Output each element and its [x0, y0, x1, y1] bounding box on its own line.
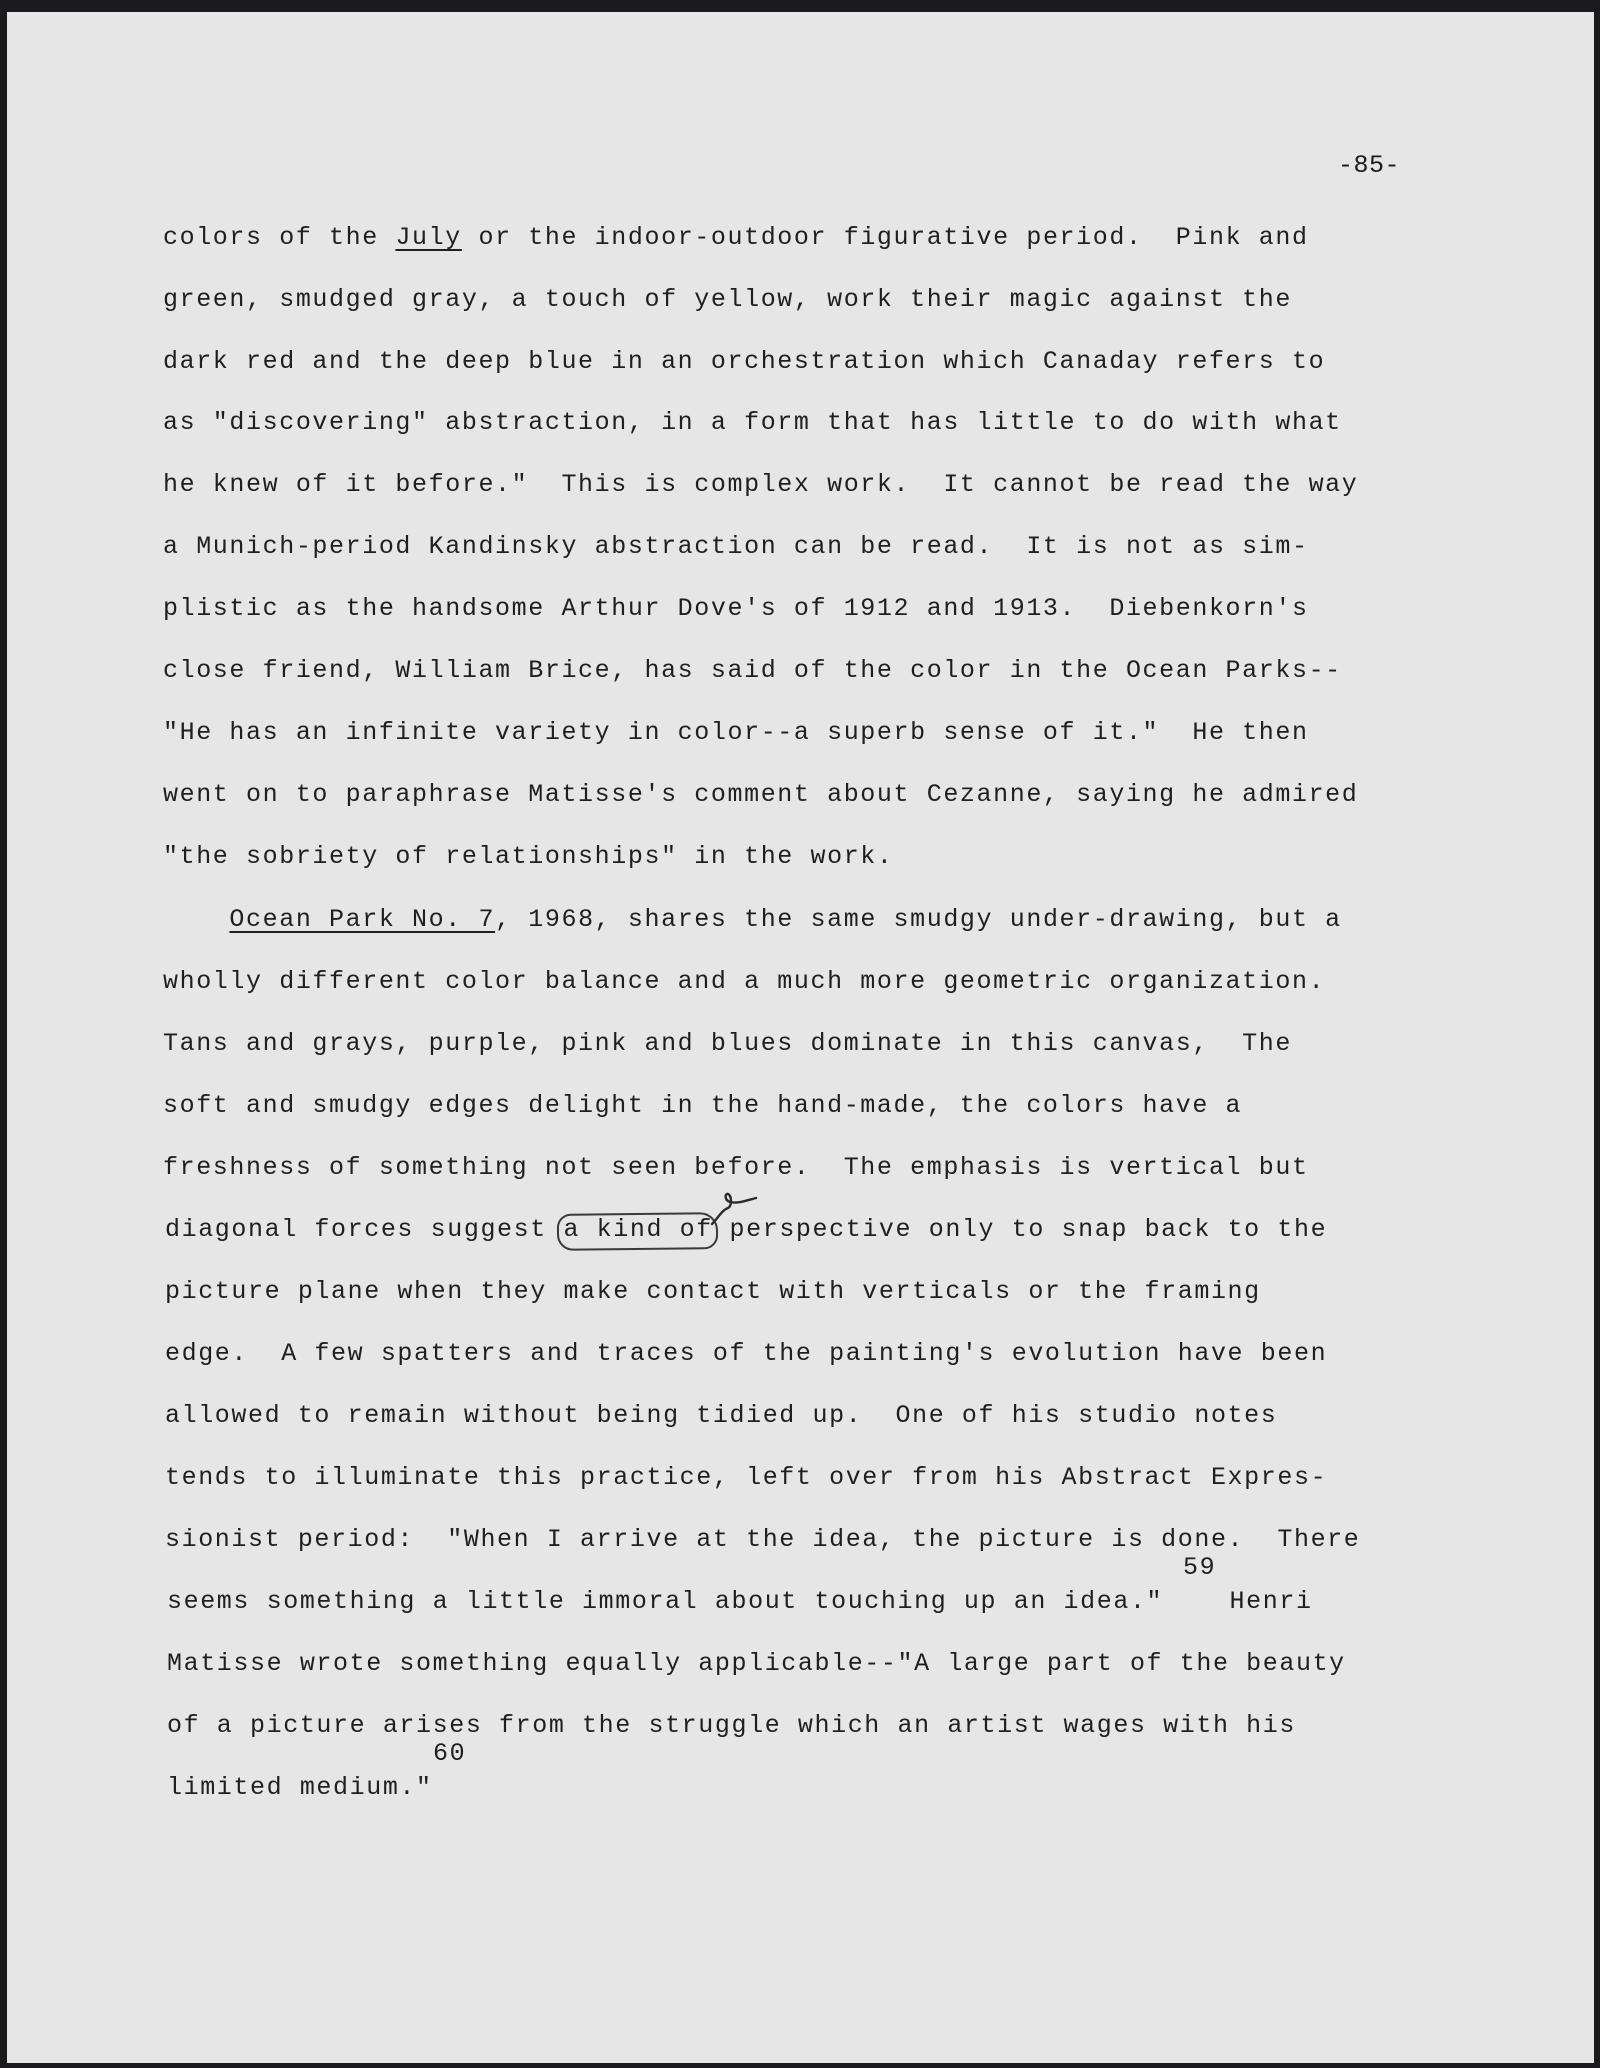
text-segment: limited medium.": [167, 1773, 433, 1802]
text-line: colors of the July or the indoor-outdoor…: [163, 223, 1309, 253]
text-segment: went on to paraphrase Matisse's comment …: [163, 780, 1358, 809]
text-segment: close friend, William Brice, has said of…: [163, 656, 1342, 685]
text-line: edge. A few spatters and traces of the p…: [165, 1339, 1327, 1369]
text-segment: allowed to remain without being tidied u…: [165, 1401, 1277, 1430]
text-segment: sionist period: "When I arrive at the id…: [165, 1525, 1360, 1554]
text-line: allowed to remain without being tidied u…: [165, 1401, 1277, 1431]
text-segment: edge. A few spatters and traces of the p…: [165, 1339, 1327, 1368]
text-line: Matisse wrote something equally applicab…: [167, 1649, 1346, 1679]
text-line: freshness of something not seen before. …: [163, 1153, 1309, 1183]
text-segment: green, smudged gray, a touch of yellow, …: [163, 285, 1292, 314]
text-line: green, smudged gray, a touch of yellow, …: [163, 285, 1292, 315]
text-line: plistic as the handsome Arthur Dove's of…: [163, 594, 1309, 624]
text-segment: picture plane when they make contact wit…: [165, 1277, 1261, 1306]
text-segment: seems something a little immoral about t…: [167, 1587, 1313, 1616]
footnote-ref-59: 59: [1183, 1553, 1216, 1582]
text-line: soft and smudgy edges delight in the han…: [163, 1091, 1242, 1121]
text-segment: soft and smudgy edges delight in the han…: [163, 1091, 1242, 1120]
text-line: as "discovering" abstraction, in a form …: [163, 408, 1342, 438]
text-line: of a picture arises from the struggle wh…: [167, 1711, 1296, 1741]
text-segment: Matisse wrote something equally applicab…: [167, 1649, 1346, 1678]
page-number: -85-: [1338, 151, 1400, 180]
text-line: Tans and grays, purple, pink and blues d…: [163, 1029, 1292, 1059]
text-segment: of a picture arises from the struggle wh…: [167, 1711, 1296, 1740]
text-line: dark red and the deep blue in an orchest…: [163, 347, 1325, 377]
text-segment: "the sobriety of relationships" in the w…: [163, 842, 894, 871]
text-line: Ocean Park No. 7, 1968, shares the same …: [163, 905, 1342, 935]
text-segment: or the indoor-outdoor figurative period.…: [462, 223, 1309, 252]
footnote-ref-60: 60: [433, 1739, 466, 1768]
underlined-title: July: [395, 223, 461, 252]
text-line: "He has an infinite variety in color--a …: [163, 718, 1309, 748]
text-line: a Munich-period Kandinsky abstraction ca…: [163, 532, 1309, 562]
text-segment: perspective only to snap back to the: [713, 1215, 1327, 1244]
text-line: went on to paraphrase Matisse's comment …: [163, 780, 1358, 810]
document-page: -85- colors of the July or the indoor-ou…: [7, 12, 1594, 2063]
text-line: "the sobriety of relationships" in the w…: [163, 842, 894, 872]
text-segment: [163, 905, 229, 934]
text-segment: plistic as the handsome Arthur Dove's of…: [163, 594, 1309, 623]
text-line: wholly different color balance and a muc…: [163, 967, 1325, 997]
underlined-title: Ocean Park No. 7: [229, 905, 495, 934]
text-line: picture plane when they make contact wit…: [165, 1277, 1261, 1307]
circled-phrase: a kind of: [563, 1215, 712, 1244]
text-line: limited medium.": [167, 1773, 433, 1803]
text-segment: , 1968, shares the same smudgy under-dra…: [495, 905, 1342, 934]
text-line: seems something a little immoral about t…: [167, 1587, 1313, 1617]
text-segment: he knew of it before." This is complex w…: [163, 470, 1358, 499]
text-segment: "He has an infinite variety in color--a …: [163, 718, 1309, 747]
text-segment: tends to illuminate this practice, left …: [165, 1463, 1327, 1492]
text-segment: a Munich-period Kandinsky abstraction ca…: [163, 532, 1309, 561]
text-line: close friend, William Brice, has said of…: [163, 656, 1342, 686]
text-segment: as "discovering" abstraction, in a form …: [163, 408, 1342, 437]
text-line: sionist period: "When I arrive at the id…: [165, 1525, 1360, 1555]
text-segment: wholly different color balance and a muc…: [163, 967, 1325, 996]
text-segment: diagonal forces suggest: [165, 1215, 563, 1244]
text-segment: freshness of something not seen before. …: [163, 1153, 1309, 1182]
text-line: he knew of it before." This is complex w…: [163, 470, 1358, 500]
text-segment: Tans and grays, purple, pink and blues d…: [163, 1029, 1292, 1058]
text-segment: colors of the: [163, 223, 395, 252]
text-line: tends to illuminate this practice, left …: [165, 1463, 1327, 1493]
handwritten-delete-mark-icon: [710, 1188, 770, 1228]
text-segment: dark red and the deep blue in an orchest…: [163, 347, 1325, 376]
